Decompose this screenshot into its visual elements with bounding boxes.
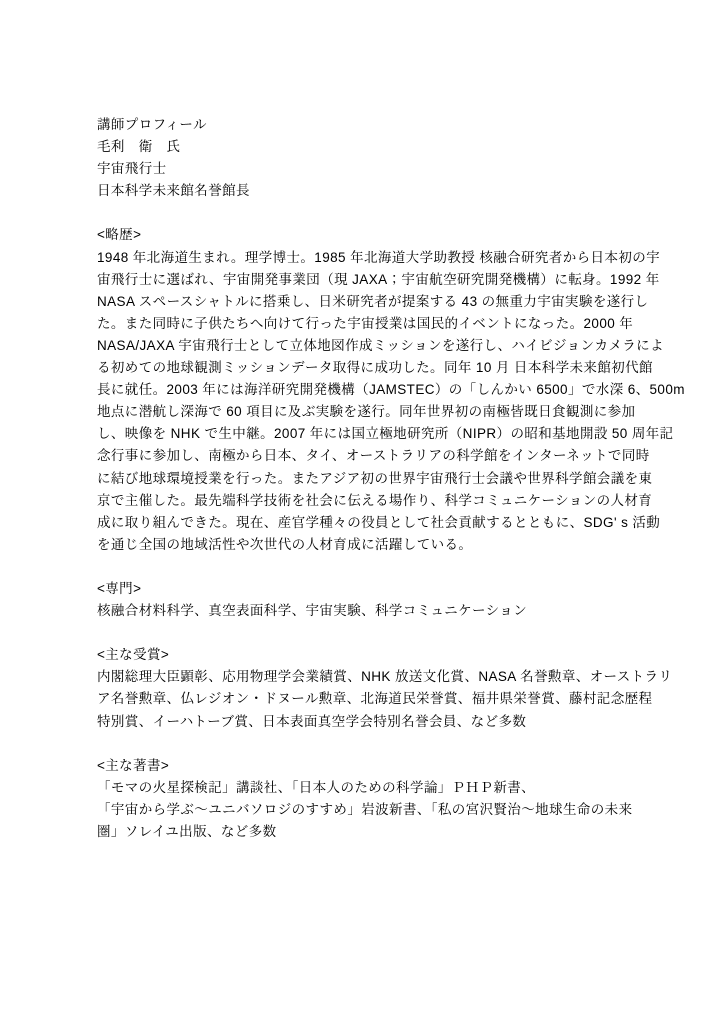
- text-line: 「宇宙から学ぶ～ユニバソロジのすすめ」岩波新書、「私の宮沢賢治～地球生命の未来: [97, 799, 627, 821]
- text-line: 念行事に参加し、南極から日本、タイ、オーストラリアの科学館をインターネットで同時: [97, 445, 627, 467]
- text-line: 「モマの火星探検記」講談社、「日本人のための科学論」ＰＨＰ新書、: [97, 777, 627, 799]
- text-line: 内閣総理大臣顕彰、応用物理学会業績賞、NHK 放送文化賞、NASA 名誉勲章、オ…: [97, 666, 627, 688]
- section-books: <主な著書> 「モマの火星探検記」講談社、「日本人のための科学論」ＰＨＰ新書、「…: [97, 755, 627, 843]
- text-line: 宙飛行士に選ばれ、宇宙開発事業団（現 JAXA；宇宙航空研究開発機構）に転身。1…: [97, 269, 627, 291]
- document-title: 講師プロフィール: [97, 114, 627, 136]
- section-career-body: 1948 年北海道生まれ。理学博士。1985 年北海道大学助教授 核融合研究者か…: [97, 247, 627, 556]
- section-awards: <主な受賞> 内閣総理大臣顕彰、応用物理学会業績賞、NHK 放送文化賞、NASA…: [97, 644, 627, 732]
- speaker-name: 毛利 衛 氏: [97, 136, 627, 158]
- text-line: 圏」ソレイユ出版、など多数: [97, 821, 627, 843]
- document-page: 講師プロフィール 毛利 衛 氏 宇宙飛行士 日本科学未来館名誉館長 <略歴> 1…: [0, 0, 724, 1024]
- section-books-body: 「モマの火星探検記」講談社、「日本人のための科学論」ＰＨＰ新書、「宇宙から学ぶ～…: [97, 777, 627, 843]
- text-line: を通じ全国の地域活性や次世代の人材育成に活躍している。: [97, 534, 627, 556]
- text-line: 地点に潜航し深海で 60 項目に及ぶ実験を遂行。同年世界初の南極皆既日食観測に参…: [97, 401, 627, 423]
- text-line: る初めての地球観測ミッションデータ取得に成功した。同年 10 月 日本科学未来館…: [97, 357, 627, 379]
- text-line: 特別賞、イーハトーブ賞、日本表面真空学会特別名誉会員、など多数: [97, 711, 627, 733]
- text-line: 核融合材料科学、真空表面科学、宇宙実験、科学コミュニケーション: [97, 600, 627, 622]
- text-line: NASA/JAXA 宇宙飛行士として立体地図作成ミッションを遂行し、ハイビジョン…: [97, 335, 627, 357]
- text-line: に結び地球環境授業を行った。またアジア初の世界宇宙飛行士会議や世界科学館会議を東: [97, 468, 627, 490]
- document-header: 講師プロフィール 毛利 衛 氏 宇宙飛行士 日本科学未来館名誉館長: [97, 114, 627, 202]
- section-books-title: <主な著書>: [97, 755, 627, 777]
- section-specialty-body: 核融合材料科学、真空表面科学、宇宙実験、科学コミュニケーション: [97, 600, 627, 622]
- section-awards-title: <主な受賞>: [97, 644, 627, 666]
- section-awards-body: 内閣総理大臣顕彰、応用物理学会業績賞、NHK 放送文化賞、NASA 名誉勲章、オ…: [97, 666, 627, 732]
- text-line: ア名誉勲章、仏レジオン・ドヌール勲章、北海道民栄誉賞、福井県栄誉賞、藤村記念歴程: [97, 688, 627, 710]
- speaker-role-museum-director: 日本科学未来館名誉館長: [97, 180, 627, 202]
- text-line: 京で主催した。最先端科学技術を社会に伝える場作り、科学コミュニケーションの人材育: [97, 490, 627, 512]
- text-line: 長に就任。2003 年には海洋研究開発機構（JAMSTEC）の「しんかい 650…: [97, 379, 627, 401]
- section-specialty-title: <専門>: [97, 578, 627, 600]
- text-line: NASA スペースシャトルに搭乗し、日米研究者が提案する 43 の無重力宇宙実験…: [97, 291, 627, 313]
- text-line: 1948 年北海道生まれ。理学博士。1985 年北海道大学助教授 核融合研究者か…: [97, 247, 627, 269]
- text-line: し、映像を NHK で生中継。2007 年には国立極地研究所（NIPR）の昭和基…: [97, 423, 627, 445]
- text-line: 成に取り組んできた。現在、産官学種々の役員として社会貢献するとともに、SDG' …: [97, 512, 627, 534]
- section-career: <略歴> 1948 年北海道生まれ。理学博士。1985 年北海道大学助教授 核融…: [97, 224, 627, 555]
- text-line: た。また同時に子供たちへ向けて行った宇宙授業は国民的イベントになった。2000 …: [97, 313, 627, 335]
- section-specialty: <専門> 核融合材料科学、真空表面科学、宇宙実験、科学コミュニケーション: [97, 578, 627, 622]
- speaker-role-astronaut: 宇宙飛行士: [97, 158, 627, 180]
- section-career-title: <略歴>: [97, 224, 627, 246]
